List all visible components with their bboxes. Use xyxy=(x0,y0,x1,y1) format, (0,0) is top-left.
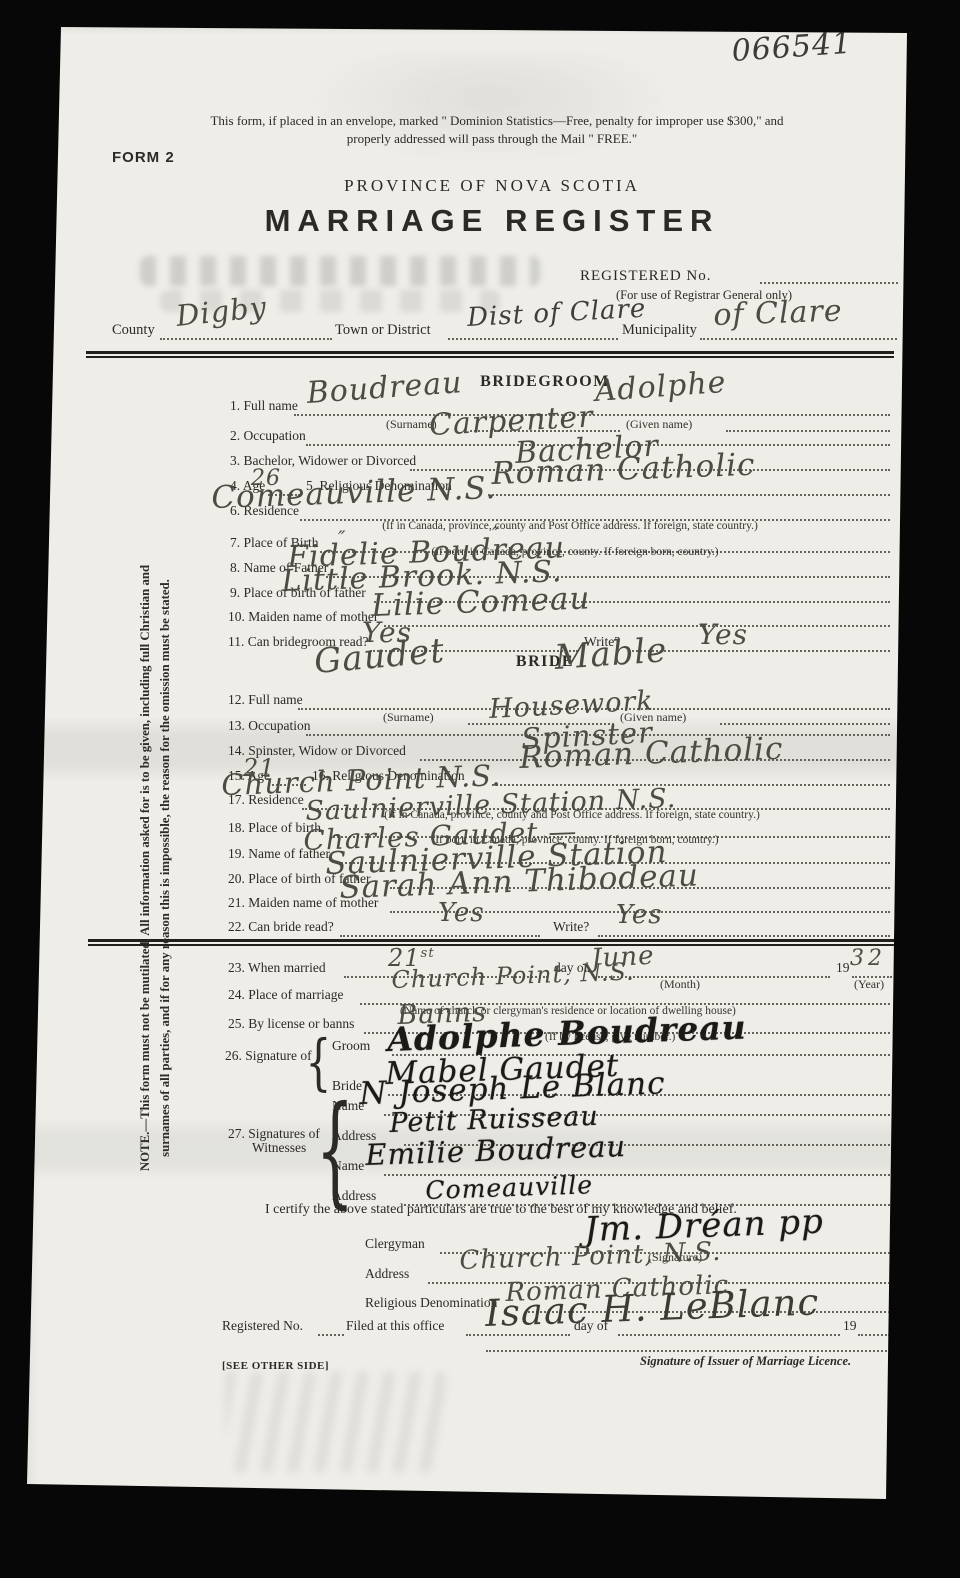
dotted-line xyxy=(700,338,897,340)
margin-note-line1: NOTE.—This form must not be mutilated. A… xyxy=(138,565,152,1171)
bg-fullname-label: 1. Full name xyxy=(230,398,298,414)
county-value: Digby xyxy=(174,290,268,333)
dotted-line xyxy=(858,1334,890,1336)
groom-label: Groom xyxy=(332,1038,370,1054)
when-married-label: 23. When married xyxy=(228,960,326,976)
town-district-label: Town or District xyxy=(335,322,431,339)
dotted-line xyxy=(384,625,890,627)
br-occupation-label: 13. Occupation xyxy=(228,718,310,734)
dotted-line xyxy=(160,338,332,340)
bg-residence-note: (If in Canada, province, county and Post… xyxy=(382,520,758,532)
filing-year-prefix: 19 xyxy=(843,1318,857,1334)
divider-rule xyxy=(88,944,894,946)
margin-note: NOTE.—This form must not be mutilated. A… xyxy=(136,540,180,1196)
town-district-value: Dist of Clare xyxy=(466,294,647,333)
bg-surname-value: Boudreau xyxy=(306,365,464,411)
license-banns-label: 25. By license or banns xyxy=(228,1016,354,1032)
county-label: County xyxy=(112,322,155,339)
month-caption: (Month) xyxy=(660,977,700,992)
dotted-line xyxy=(340,935,540,937)
bg-occupation-label: 2. Occupation xyxy=(230,428,306,444)
margin-note-line2: surnames of all parties, and if for any … xyxy=(158,579,172,1157)
bleedthrough-smudge xyxy=(225,1372,445,1472)
registered-no-label: REGISTERED No. xyxy=(580,268,712,285)
signature-of-label: 26. Signature of xyxy=(225,1048,312,1064)
mailing-notice-line2: properly addressed will pass through the… xyxy=(347,131,637,147)
form-number-label: FORM 2 xyxy=(112,149,175,166)
clergyman-label: Clergyman xyxy=(365,1236,425,1252)
divider-rule xyxy=(86,356,894,358)
divider-rule xyxy=(86,351,894,354)
br-write-value: Yes xyxy=(616,900,663,930)
dotted-line xyxy=(488,494,890,496)
dotted-line xyxy=(618,1334,840,1336)
year-caption: (Year) xyxy=(854,977,884,992)
dotted-line xyxy=(318,1334,344,1336)
br-read-label: 22. Can bride read? xyxy=(228,919,334,935)
br-fullname-label: 12. Full name xyxy=(228,692,303,708)
dotted-line xyxy=(466,1334,570,1336)
bg-givenname-value: Adolphe xyxy=(594,365,728,409)
page-title: MARRIAGE REGISTER xyxy=(265,203,720,239)
municipality-label: Municipality xyxy=(622,322,697,339)
document-number: 066541 xyxy=(731,26,854,69)
dotted-line xyxy=(486,1350,890,1352)
dotted-line xyxy=(720,723,890,725)
br-write-label: Write? xyxy=(553,919,589,935)
dotted-line xyxy=(726,430,890,432)
bleedthrough-smudge xyxy=(140,256,540,286)
dotted-line xyxy=(598,935,890,937)
clergy-address-label: Address xyxy=(365,1266,409,1282)
filing-filed-label: Filed at this office xyxy=(346,1318,444,1334)
marriage-register-page: 066541 This form, if placed in an envelo… xyxy=(0,0,960,1578)
dotted-line xyxy=(492,784,890,786)
municipality-value: of Clare xyxy=(713,294,843,333)
mailing-notice-line1: This form, if placed in an envelope, mar… xyxy=(210,113,783,129)
br-givenname-value: Mable xyxy=(553,630,668,678)
issuer-caption: Signature of Issuer of Marriage Licence. xyxy=(640,1354,851,1369)
witness2-name-label: Name xyxy=(332,1158,364,1174)
place-of-marriage-label: 24. Place of marriage xyxy=(228,987,343,1003)
year-prefix: 19 xyxy=(836,960,850,976)
br-read-value: Yes xyxy=(438,898,485,928)
year-value: 32 xyxy=(850,946,886,971)
bridegroom-heading: BRIDEGROOM xyxy=(480,373,610,391)
see-other-side: [SEE OTHER SIDE] xyxy=(222,1360,329,1372)
scanned-document: 066541 This form, if placed in an envelo… xyxy=(0,0,960,1578)
bg-mother-label: 10. Maiden name of mother xyxy=(228,609,378,625)
clergy-religion-label: Religious Denomination xyxy=(365,1295,497,1311)
bleedthrough-smudge xyxy=(300,55,680,165)
dotted-line xyxy=(448,338,618,340)
province-heading: PROVINCE OF NOVA SCOTIA xyxy=(344,176,640,196)
bg-write-value: Yes xyxy=(698,618,748,651)
br-surname-caption: (Surname) xyxy=(383,710,434,725)
witnesses-label-line2: Witnesses xyxy=(252,1140,306,1156)
dotted-line xyxy=(760,282,898,284)
divider-rule xyxy=(88,939,894,942)
witness2-address-value: Comeauville xyxy=(425,1170,594,1205)
filing-registered-label: Registered No. xyxy=(222,1318,303,1334)
clergy-address-value: Church Point, N.S. xyxy=(459,1237,722,1276)
